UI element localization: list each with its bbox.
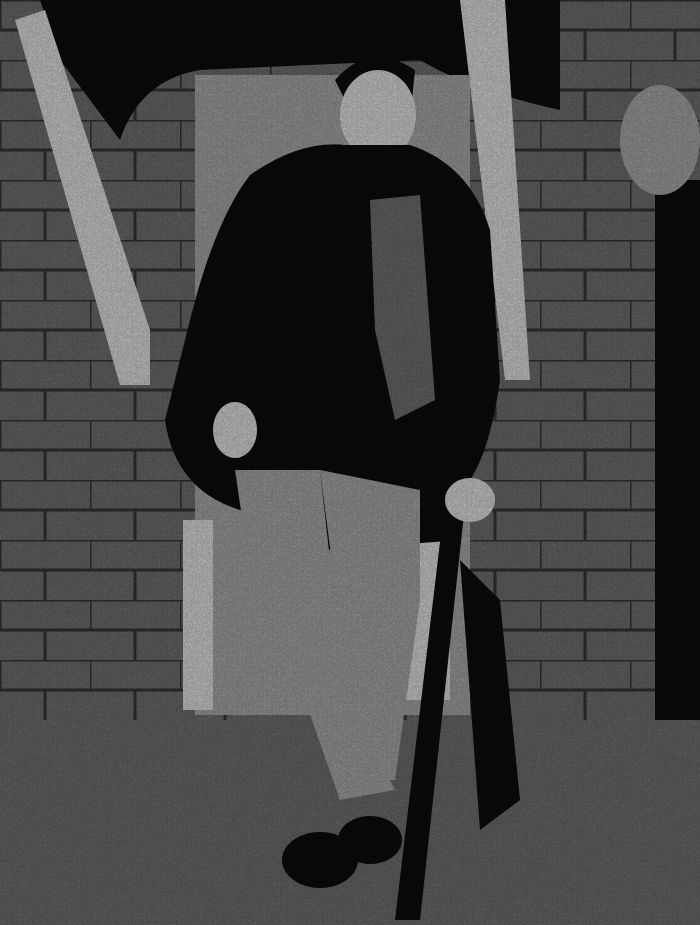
halftone-photo [0,0,700,925]
halftone-speckle [0,0,700,925]
photo-illustration [0,0,700,925]
